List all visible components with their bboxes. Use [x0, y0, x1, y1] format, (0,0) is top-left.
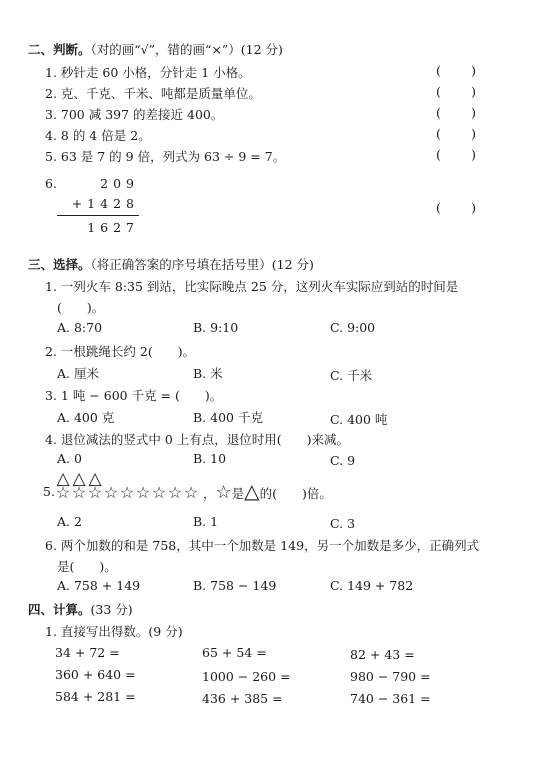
choice-q5-option-c[interactable]: C. 3: [330, 516, 355, 531]
sum-line: [57, 215, 139, 216]
addend-2: +1428: [57, 194, 139, 214]
choice-q3-option-a[interactable]: A. 400 克: [57, 408, 114, 426]
choice-q4-text: 4. 退位减法的竖式中 0 上有点，退位时用( )来减。: [45, 430, 349, 448]
choice-q6-option-c[interactable]: C. 149 + 782: [330, 578, 413, 593]
choice-q2-text: 2. 一根跳绳长约 2( )。: [45, 342, 195, 360]
calc-problem: 82 + 43 =: [350, 647, 415, 662]
section2-heading: 二、判断。（对的画“√”，错的画“×”）(12 分): [28, 40, 283, 58]
judge-answer-3[interactable]: (): [436, 105, 476, 120]
star-icon: ☆: [87, 486, 103, 500]
choice-q5-option-a[interactable]: A. 2: [57, 514, 82, 529]
judge-answer-5[interactable]: (): [436, 147, 476, 162]
choice-q2-option-c[interactable]: C. 千米: [330, 366, 372, 384]
section3-title: 三、选择。: [28, 257, 91, 272]
choice-q5-option-b[interactable]: B. 1: [193, 514, 218, 529]
judge-item-5: 5. 63 是 7 的 9 倍，列式为 63 ÷ 9 = 7。: [45, 147, 285, 165]
star-icon: ☆: [103, 486, 119, 500]
section3-heading: 三、选择。（将正确答案的序号填在括号里）(12 分): [28, 255, 314, 273]
choice-q3-option-b[interactable]: B. 400 千克: [193, 408, 263, 426]
calc-problem: 360 + 640 =: [55, 667, 136, 682]
calc-problem: 584 + 281 =: [55, 689, 136, 704]
choice-q1-option-c[interactable]: C. 9:00: [330, 320, 375, 335]
section2-title: 二、判断。: [28, 42, 91, 57]
choice-q1-blank[interactable]: ( )。: [57, 298, 104, 316]
section3-note: （将正确答案的序号填在括号里）(12 分): [91, 257, 314, 272]
choice-q6-option-b[interactable]: B. 758 − 149: [193, 578, 276, 593]
vertical-addition: 209 +1428 1627: [57, 174, 139, 238]
calc-problem: 740 − 361 =: [350, 691, 431, 706]
choice-q1-option-a[interactable]: A. 8:70: [57, 320, 102, 335]
star-icon: ☆: [183, 486, 199, 500]
choice-q6-text: 6. 两个加数的和是 758，其中一个加数是 149，另一个加数是多少，正确列式: [45, 536, 479, 554]
q5-tail: 的( )倍。: [260, 486, 332, 501]
choice-q2-option-b[interactable]: B. 米: [193, 364, 223, 382]
star-icon: ☆: [216, 482, 232, 503]
choice-q3-option-c[interactable]: C. 400 吨: [330, 410, 387, 428]
judge-answer-2[interactable]: (): [436, 84, 476, 99]
calc-problem: 980 − 790 =: [350, 669, 431, 684]
calc-problem: 436 + 385 =: [202, 691, 283, 706]
star-icon: ☆: [55, 486, 71, 500]
choice-q2-option-a[interactable]: A. 厘米: [57, 364, 99, 382]
choice-q4-option-b[interactable]: B. 10: [193, 451, 226, 466]
choice-q6-blank[interactable]: 是( )。: [57, 557, 117, 575]
star-icon: ☆: [71, 486, 87, 500]
section4-title: 四、计算。: [28, 602, 91, 617]
judge-answer-4[interactable]: (): [436, 126, 476, 141]
judge-item-2: 2. 克、千克、千米、吨都是质量单位。: [45, 84, 261, 102]
addend-1: 209: [57, 174, 139, 194]
section4-heading: 四、计算。(33 分): [28, 600, 133, 618]
calc-problem: 65 + 54 =: [202, 645, 267, 660]
is-text: 是: [232, 486, 245, 501]
choice-q3-text: 3. 1 吨 − 600 千克 = ( )。: [45, 386, 222, 404]
choice-q4-option-c[interactable]: C. 9: [330, 453, 355, 468]
judge-item-4: 4. 8 的 4 倍是 2。: [45, 126, 151, 144]
comma: ，: [203, 486, 216, 501]
choice-q1-text: 1. 一列火车 8:35 到站，比实际晚点 25 分，这列火车实际应到站的时间是: [45, 277, 458, 295]
star-icon: ☆: [119, 486, 135, 500]
calc-sub1-title: 1. 直接写出得数。(9 分): [45, 622, 183, 640]
sum: 1627: [57, 218, 139, 238]
star-icon: ☆: [135, 486, 151, 500]
choice-q1-option-b[interactable]: B. 9:10: [193, 320, 238, 335]
section4-note: (33 分): [91, 602, 133, 617]
choice-q6-option-a[interactable]: A. 758 + 149: [57, 578, 140, 593]
star-row: ☆ ☆ ☆ ☆ ☆ ☆ ☆ ☆ ☆: [55, 486, 199, 500]
calc-problem: 34 + 72 =: [55, 645, 120, 660]
judge-item-1: 1. 秒针走 60 小格，分针走 1 小格。: [45, 63, 251, 81]
section2-note: （对的画“√”，错的画“×”）(12 分): [91, 42, 283, 57]
calc-problem: 1000 − 260 =: [202, 669, 291, 684]
choice-q4-option-a[interactable]: A. 0: [57, 451, 82, 466]
star-icon: ☆: [151, 486, 167, 500]
judge-item-6-label: 6.: [45, 176, 57, 191]
judge-answer-1[interactable]: (): [436, 63, 476, 78]
judge-answer-6[interactable]: (): [436, 200, 476, 215]
choice-q5-label: 5.: [43, 484, 55, 499]
triangle-icon: △: [244, 479, 259, 503]
star-icon: ☆: [167, 486, 183, 500]
choice-q5-figure: △ △ △ ☆ ☆ ☆ ☆ ☆ ☆ ☆ ☆ ☆: [55, 472, 199, 500]
judge-item-3: 3. 700 减 397 的差接近 400。: [45, 105, 223, 123]
choice-q5-question: ，☆是△的( )倍。: [203, 479, 332, 503]
